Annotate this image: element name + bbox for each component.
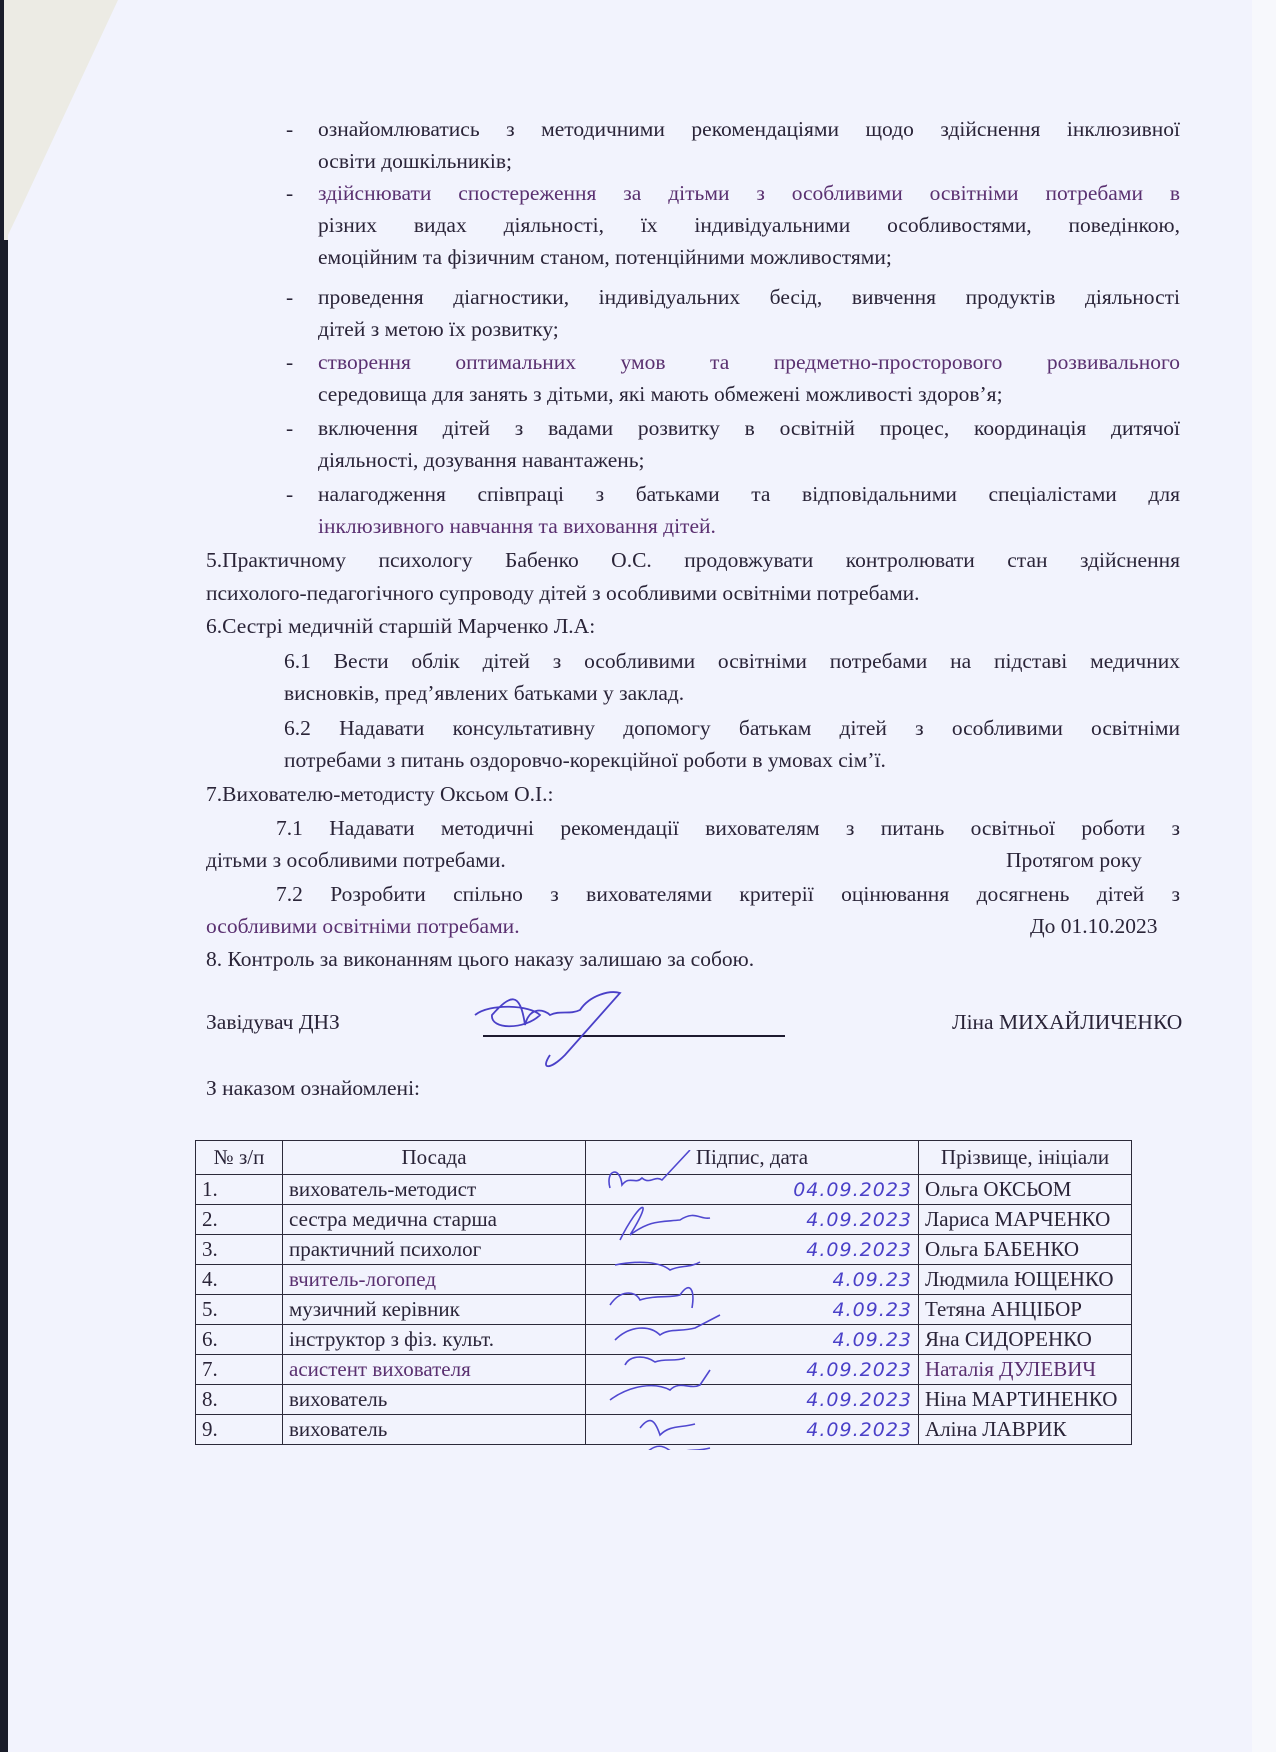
item-5-line-1: 5.Практичному психологу Бабенко О.С. про… — [206, 545, 1180, 575]
item-7-1-line-1: 7.1 Надавати методичні рекомендації вихо… — [276, 813, 1180, 843]
item-6-2-line-2: потребами з питань оздоровчо-корекційної… — [284, 745, 886, 775]
bullet-marker: - — [286, 350, 293, 375]
row-number: 6. — [196, 1325, 283, 1355]
row-name: Людмила ЮЩЕНКО — [919, 1265, 1132, 1295]
item-6-1-line-1: 6.1 Вести облік дітей з особливими освіт… — [284, 646, 1180, 676]
item-7-2-line-1: 7.2 Розробити спільно з вихователями кри… — [276, 879, 1180, 909]
bullet-3-line-2: дітей з метою їх розвитку; — [318, 314, 559, 344]
bullet-marker: - — [286, 117, 293, 142]
signatory-position: Завідувач ДНЗ — [206, 1007, 340, 1037]
row-name: Яна СИДОРЕНКО — [919, 1325, 1132, 1355]
row-number: 1. — [196, 1175, 283, 1205]
row-number: 2. — [196, 1205, 283, 1235]
item-7-2-deadline: До 01.10.2023 — [1030, 911, 1158, 941]
item-7-1-line-2: дітьми з особливими потребами. — [206, 845, 506, 875]
head-signature-scribble — [470, 985, 630, 1075]
row-position: музичний керівник — [283, 1295, 586, 1325]
row-name: Ольга ОКСЬОМ — [919, 1175, 1132, 1205]
bullet-5-line-1: включення дітей з вадами розвитку в осві… — [318, 413, 1180, 443]
signatory-name: Ліна МИХАЙЛИЧЕНКО — [952, 1007, 1182, 1037]
header-number: № з/п — [196, 1141, 283, 1175]
bullet-1-line-1: ознайомлюватись з методичними рекомендац… — [318, 114, 1180, 144]
bullet-6-line-2: інклюзивного навчання та виховання дітей… — [318, 511, 716, 541]
item-6-2-line-1: 6.2 Надавати консультативну допомогу бат… — [284, 713, 1180, 743]
document-content: - ознайомлюватись з методичними рекоменд… — [0, 0, 1276, 1752]
row-number: 8. — [196, 1385, 283, 1415]
item-6-1-line-2: висновків, пред’явлених батьками у закла… — [284, 678, 684, 708]
bullet-4-line-2: середовища для занять з дітьми, які мают… — [318, 379, 1003, 409]
bleed-through-text — [210, 470, 215, 500]
row-position: асистент вихователя — [283, 1355, 586, 1385]
item-7-2-line-2: особливими освітніми потребами. — [206, 911, 520, 941]
row-name: Ніна МАРТИНЕНКО — [919, 1385, 1132, 1415]
header-position: Посада — [283, 1141, 586, 1175]
bullet-marker: - — [286, 482, 293, 507]
row-name: Лариса МАРЧЕНКО — [919, 1205, 1132, 1235]
row-name: Наталія ДУЛЕВИЧ — [919, 1355, 1132, 1385]
header-full-name: Прізвище, ініціали — [919, 1141, 1132, 1175]
bullet-3-line-1: проведення діагностики, індивідуальних б… — [318, 282, 1180, 312]
item-6-heading: 6.Сестрі медичній старшій Марченко Л.А: — [206, 611, 595, 641]
row-position: інструктор з фіз. культ. — [283, 1325, 586, 1355]
row-position: вихователь — [283, 1385, 586, 1415]
row-number: 4. — [196, 1265, 283, 1295]
bullet-2-line-3: емоційним та фізичним станом, потенційни… — [318, 242, 892, 272]
bullet-5-line-2: діяльності, дозування навантажень; — [318, 445, 645, 475]
row-position: вихователь — [283, 1415, 586, 1445]
acknowledged-label: З наказом ознайомлені: — [206, 1073, 420, 1103]
bullet-6-line-1: налагодження співпраці з батьками та від… — [318, 479, 1180, 509]
bullet-2-line-2: різних видах діяльності, їх індивідуальн… — [318, 210, 1180, 240]
row-name: Аліна ЛАВРИК — [919, 1415, 1132, 1445]
bullet-marker: - — [286, 181, 293, 206]
item-5-line-2: психолого-педагогічного супроводу дітей … — [206, 578, 920, 608]
row-number: 5. — [196, 1295, 283, 1325]
row-number: 7. — [196, 1355, 283, 1385]
item-7-heading: 7.Вихователю-методисту Оксьом О.І.: — [206, 779, 554, 809]
row-name: Ольга БАБЕНКО — [919, 1235, 1132, 1265]
item-7-1-deadline: Протягом року — [1006, 845, 1142, 875]
bullet-marker: - — [286, 285, 293, 310]
row-number: 3. — [196, 1235, 283, 1265]
bullet-1-line-2: освіти дошкільників; — [318, 146, 512, 176]
bullet-2-line-1: здійснювати спостереження за дітьми з ос… — [318, 178, 1180, 208]
row-name: Тетяна АНЦІБОР — [919, 1295, 1132, 1325]
item-8: 8. Контроль за виконанням цього наказу з… — [206, 944, 754, 974]
row-number: 9. — [196, 1415, 283, 1445]
row-position: сестра медична старша — [283, 1205, 586, 1235]
row-position: вихователь-методист — [283, 1175, 586, 1205]
bullet-4-line-1: створення оптимальних умов та предметно-… — [318, 347, 1180, 377]
staff-signature-scribbles — [600, 1150, 780, 1450]
bullet-marker: - — [286, 416, 293, 441]
row-position: вчитель-логопед — [283, 1265, 586, 1295]
row-position: практичний психолог — [283, 1235, 586, 1265]
